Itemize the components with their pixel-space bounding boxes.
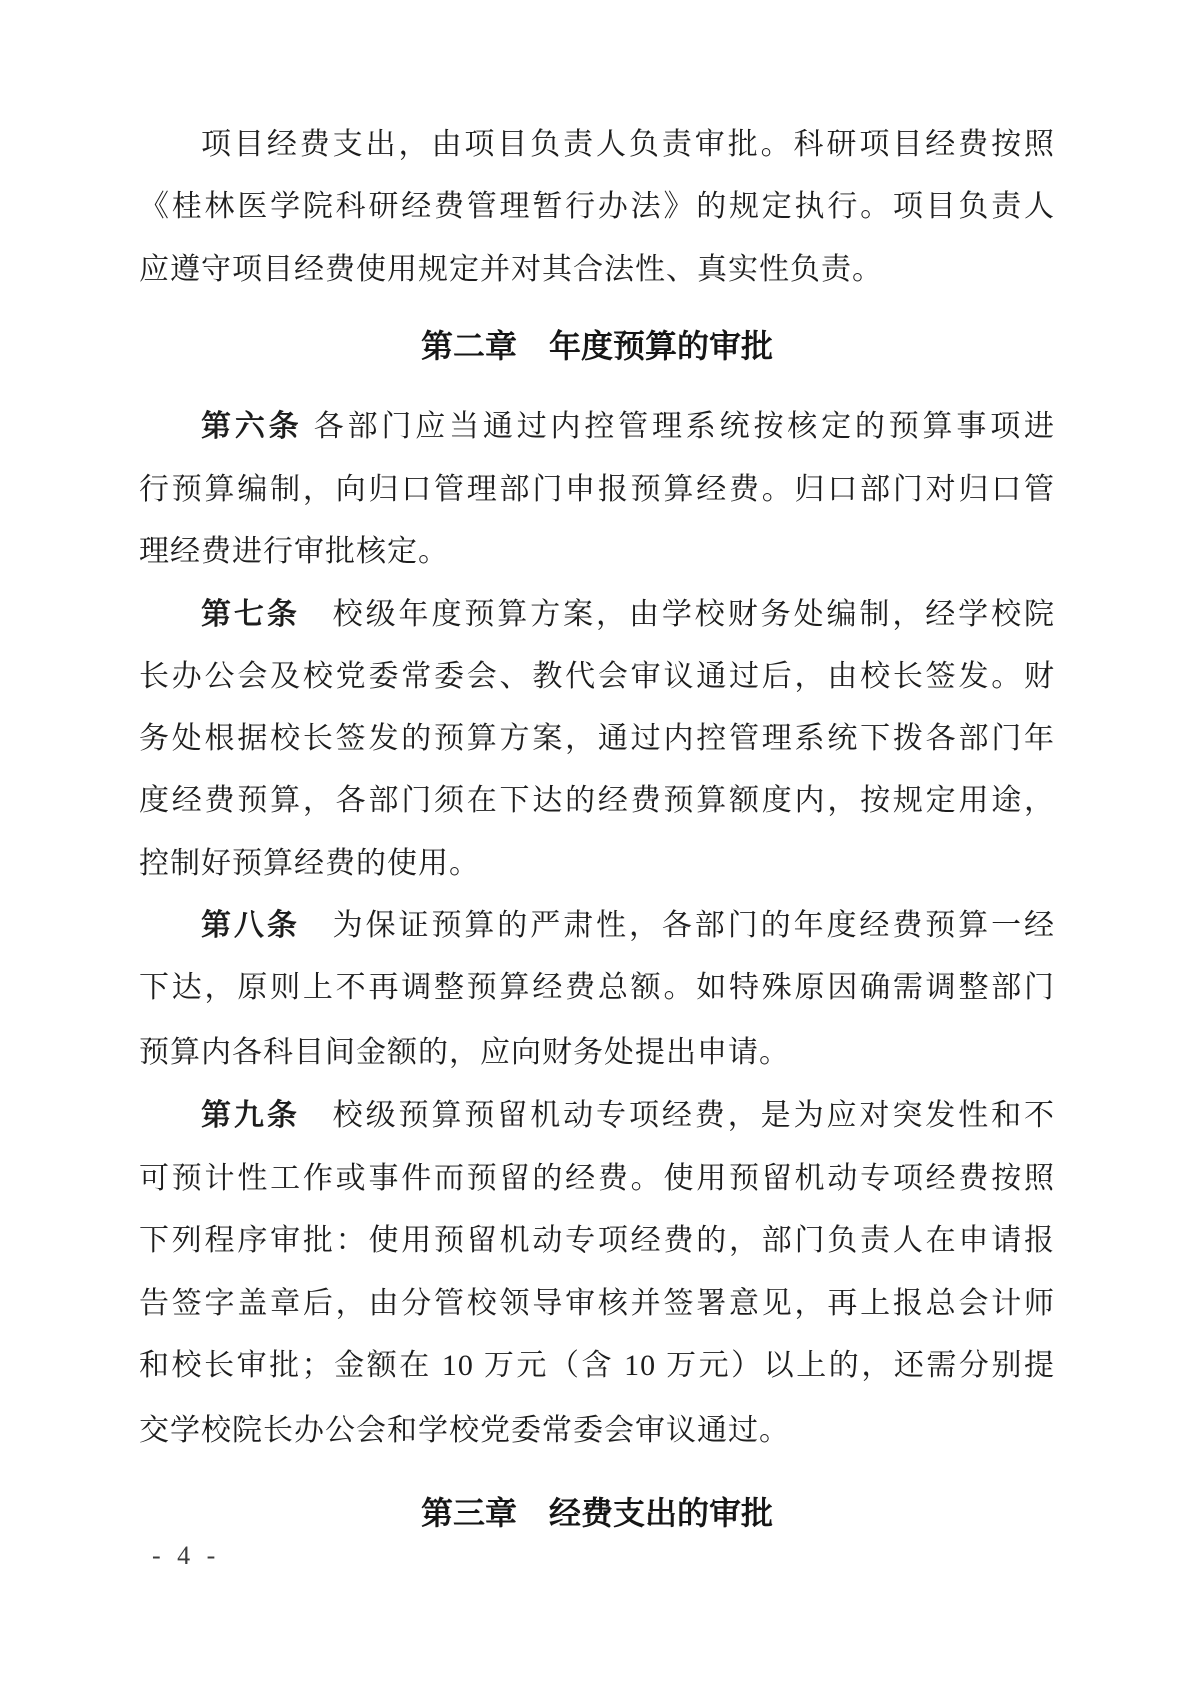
paragraph-line: 告签字盖章后，由分管校领导审核并签署意见，再上报总会计师 (139, 1283, 1055, 1325)
paragraph-line: 《桂林医学院科研经费管理暂行办法》的规定执行。项目负责人 (139, 186, 1055, 228)
paragraph-line: 行预算编制，向归口管理部门申报预算经费。归口部门对归口管 (139, 469, 1055, 511)
article-number: 第七条 (201, 598, 300, 631)
line-text: 下达，原则上不再调整预算经费总额。如特殊原因确需调整部门 (139, 971, 1055, 1004)
line-text: 校级预算预留机动专项经费，是为应对突发性和不 (300, 1099, 1055, 1132)
paragraph-line: 应遵守项目经费使用规定并对其合法性、真实性负责。 (139, 249, 1055, 291)
chapter-heading: 第三章 经费支出的审批 (139, 1492, 1055, 1534)
paragraph-line: 下达，原则上不再调整预算经费总额。如特殊原因确需调整部门 (139, 967, 1055, 1009)
line-text: 控制好预算经费的使用。 (139, 847, 480, 880)
article-number: 第六条 (201, 410, 302, 443)
paragraph-line: 可预计性工作或事件而预留的经费。使用预留机动专项经费按照 (139, 1158, 1055, 1200)
line-text: 告签字盖章后，由分管校领导审核并签署意见，再上报总会计师 (139, 1287, 1055, 1320)
paragraph-line: 第八条 为保证预算的严肃性，各部门的年度经费预算一经 (139, 905, 1055, 947)
line-text: 各部门应当通过内控管理系统按核定的预算事项进 (302, 410, 1055, 443)
paragraph-line: 务处根据校长签发的预算方案，通过内控管理系统下拨各部门年 (139, 718, 1055, 760)
line-text: 应遵守项目经费使用规定并对其合法性、真实性负责。 (139, 253, 883, 286)
line-text: 和校长审批；金额在 10 万元（含 10 万元）以上的，还需分别提 (139, 1349, 1055, 1382)
chapter-heading: 第二章 年度预算的审批 (139, 325, 1055, 367)
line-text: 为保证预算的严肃性，各部门的年度经费预算一经 (300, 909, 1055, 942)
line-text: 务处根据校长签发的预算方案，通过内控管理系统下拨各部门年 (139, 722, 1055, 755)
paragraph-line: 预算内各科目间金额的，应向财务处提出申请。 (139, 1032, 1055, 1074)
paragraph-line: 第七条 校级年度预算方案，由学校财务处编制，经学校院 (139, 594, 1055, 636)
line-text: 预算内各科目间金额的，应向财务处提出申请。 (139, 1036, 790, 1069)
line-text: 可预计性工作或事件而预留的经费。使用预留机动专项经费按照 (139, 1162, 1055, 1195)
paragraph-line: 长办公会及校党委常委会、教代会审议通过后，由校长签发。财 (139, 656, 1055, 698)
line-text: 校级年度预算方案，由学校财务处编制，经学校院 (300, 598, 1055, 631)
line-text: 长办公会及校党委常委会、教代会审议通过后，由校长签发。财 (139, 660, 1055, 693)
paragraph-line: 理经费进行审批核定。 (139, 531, 1055, 573)
paragraph-line: 度经费预算，各部门须在下达的经费预算额度内，按规定用途， (139, 780, 1055, 822)
document-page: 项目经费支出，由项目负责人负责审批。科研项目经费按照 《桂林医学院科研经费管理暂… (0, 0, 1199, 1696)
line-text: 项目经费支出，由项目负责人负责审批。科研项目经费按照 (201, 128, 1055, 161)
line-text: 理经费进行审批核定。 (139, 535, 449, 568)
paragraph-line: 控制好预算经费的使用。 (139, 843, 1055, 885)
article-number: 第八条 (201, 909, 300, 942)
line-text: 度经费预算，各部门须在下达的经费预算额度内，按规定用途， (139, 784, 1055, 817)
paragraph-line: 第九条 校级预算预留机动专项经费，是为应对突发性和不 (139, 1095, 1055, 1137)
paragraph-line: 交学校院长办公会和学校党委常委会审议通过。 (139, 1410, 1055, 1452)
article-number: 第九条 (201, 1099, 300, 1132)
paragraph-line: 下列程序审批：使用预留机动专项经费的，部门负责人在申请报 (139, 1220, 1055, 1262)
page-number: - 4 - (152, 1540, 220, 1572)
line-text: 行预算编制，向归口管理部门申报预算经费。归口部门对归口管 (139, 473, 1055, 506)
line-text: 交学校院长办公会和学校党委常委会审议通过。 (139, 1414, 790, 1447)
line-text: 《桂林医学院科研经费管理暂行办法》的规定执行。项目负责人 (139, 190, 1055, 223)
line-text: 下列程序审批：使用预留机动专项经费的，部门负责人在申请报 (139, 1224, 1055, 1257)
paragraph-line: 第六条 各部门应当通过内控管理系统按核定的预算事项进 (139, 406, 1055, 448)
paragraph-line: 项目经费支出，由项目负责人负责审批。科研项目经费按照 (139, 124, 1055, 166)
paragraph-line: 和校长审批；金额在 10 万元（含 10 万元）以上的，还需分别提 (139, 1345, 1055, 1387)
